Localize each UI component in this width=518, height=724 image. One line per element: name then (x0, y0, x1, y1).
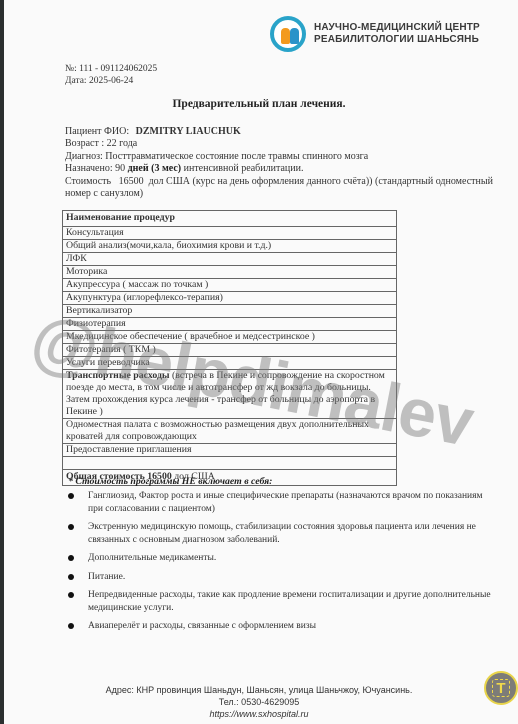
table-cell: Моторика (63, 266, 397, 279)
table-row: Моторика (63, 266, 397, 279)
clinic-name-line2: РЕАБИЛИТОЛОГИИ ШАНЬСЯНЬ (314, 34, 480, 46)
diagnosis-label: Диагноз: (65, 151, 103, 162)
list-item-text: Ганглиозид, Фактор роста и иные специфич… (88, 491, 483, 514)
bullet-icon (68, 592, 74, 598)
table-cell (63, 457, 397, 470)
patient-name-line: Пациент ФИО: DZMITRY LIAUCHUK (65, 126, 505, 138)
clinic-name-line1: НАУЧНО-МЕДИЦИНСКИЙ ЦЕНТР (314, 22, 480, 34)
table-row-empty (63, 457, 397, 470)
assigned-rest: интенсивной реабилитации. (184, 163, 304, 174)
list-item: Непредвиденные расходы, такие как продле… (68, 589, 498, 614)
table-row: Физиотерапия (63, 318, 397, 331)
document-date: Дата: 2025-06-24 (65, 75, 157, 87)
document-title: Предварительный план лечения. (0, 98, 518, 110)
table-cell: Фитотерапия ( ТКМ ) (63, 344, 397, 357)
footer: Адрес: КНР провинция Шаньдун, Шаньсян, у… (0, 684, 518, 720)
document-meta: №: 111 - 091124062025 Дата: 2025-06-24 (65, 63, 157, 87)
table-cell: Услуги переводчика (63, 357, 397, 370)
clinic-logo-children-icon (270, 16, 306, 52)
list-item-text: Авиаперелёт и расходы, связанные с оформ… (88, 621, 316, 631)
footer-phone: Тел.: 0530-4629095 (0, 696, 518, 708)
patient-diagnosis-line: Диагноз: Посттравматическое состояние по… (65, 151, 505, 163)
table-cell: Одноместная палата с возможностью размещ… (63, 419, 397, 444)
list-item: Авиаперелёт и расходы, связанные с оформ… (68, 620, 498, 633)
cost-value: 16500 (119, 176, 144, 187)
assigned-days: 90 (115, 163, 125, 174)
translate-text-icon (492, 679, 510, 697)
logo-figure-blue (290, 28, 299, 44)
table-header: Наименование процедур (63, 211, 397, 227)
bullet-icon (68, 574, 74, 580)
list-item: Дополнительные медикаменты. (68, 552, 498, 565)
procedures-table: Наименование процедур КонсультацияОбщий … (62, 210, 397, 486)
table-cell: Физиотерапия (63, 318, 397, 331)
footer-url[interactable]: https://www.sxhospital.ru (0, 708, 518, 720)
table-row: ЛФК (63, 253, 397, 266)
clinic-name: НАУЧНО-МЕДИЦИНСКИЙ ЦЕНТР РЕАБИЛИТОЛОГИИ … (314, 22, 480, 46)
table-row: Вертикализатор (63, 305, 397, 318)
table-row-invitation: Предоставление приглашения (63, 444, 397, 457)
table-cell: ЛФК (63, 253, 397, 266)
table-row-transport: Транспортные расходы (встреча в Пекине и… (63, 370, 397, 419)
patient-age-label: Возраст : (65, 138, 104, 149)
diagnosis-value: Посттравматическое состояние после травм… (105, 151, 368, 162)
patient-name-label: Пациент ФИО: (65, 126, 129, 137)
assigned-duration: дней (3 мес) (128, 163, 182, 174)
footer-address: Адрес: КНР провинция Шаньдун, Шаньсян, у… (0, 684, 518, 696)
translate-button[interactable]: T (484, 671, 518, 705)
list-item-text: Питание. (88, 572, 125, 582)
cost-line: Стоимость 16500 дол США (курс на день оф… (65, 176, 505, 201)
table-row: Акупрессура ( массаж по точкам ) (63, 279, 397, 292)
cost-label: Стоимость (65, 176, 111, 187)
table-header-row: Наименование процедур (63, 211, 397, 227)
transport-label: Транспортные расходы (66, 370, 170, 381)
list-item-text: Экстренную медицинскую помощь, стабилиза… (88, 522, 476, 545)
patient-age-line: Возраст : 22 года (65, 138, 505, 150)
list-item: Ганглиозид, Фактор роста и иные специфич… (68, 490, 498, 515)
exclusions-list: Ганглиозид, Фактор роста и иные специфич… (68, 490, 498, 639)
table-cell: Предоставление приглашения (63, 444, 397, 457)
table-cell: Мкедицинское обеспечение ( врачебное и м… (63, 331, 397, 344)
table-cell: Акупунктура (иглорефлексо-терапия) (63, 292, 397, 305)
table-cell: Акупрессура ( массаж по точкам ) (63, 279, 397, 292)
table-row: Акупунктура (иглорефлексо-терапия) (63, 292, 397, 305)
bullet-icon (68, 555, 74, 561)
table-row: Консультация (63, 227, 397, 240)
table-cell: Вертикализатор (63, 305, 397, 318)
table-row-room: Одноместная палата с возможностью размещ… (63, 419, 397, 444)
table-row: Фитотерапия ( ТКМ ) (63, 344, 397, 357)
clinic-header: НАУЧНО-МЕДИЦИНСКИЙ ЦЕНТР РЕАБИЛИТОЛОГИИ … (270, 16, 510, 56)
table-cell: Транспортные расходы (встреча в Пекине и… (63, 370, 397, 419)
exclusions-title: * Стоимость программы НЕ включает в себя… (68, 476, 272, 487)
table-row: Общий анализ(мочи,кала, биохимия крови и… (63, 240, 397, 253)
table-row: Услуги переводчика (63, 357, 397, 370)
patient-age: 22 года (107, 138, 138, 149)
patient-name: DZMITRY LIAUCHUK (136, 126, 241, 137)
document-number: №: 111 - 091124062025 (65, 63, 157, 75)
list-item-text: Дополнительные медикаменты. (88, 553, 216, 563)
bullet-icon (68, 493, 74, 499)
list-item: Экстренную медицинскую помощь, стабилиза… (68, 521, 498, 546)
bullet-icon (68, 524, 74, 530)
patient-info: Пациент ФИО: DZMITRY LIAUCHUK Возраст : … (65, 126, 505, 200)
list-item: Питание. (68, 571, 498, 584)
list-item-text: Непредвиденные расходы, такие как продле… (88, 590, 491, 613)
table-row: Мкедицинское обеспечение ( врачебное и м… (63, 331, 397, 344)
logo-figure-orange (281, 28, 290, 44)
assigned-label: Назначено: (65, 163, 113, 174)
assigned-line: Назначено: 90 дней (3 мес) интенсивной р… (65, 163, 505, 175)
table-cell: Консультация (63, 227, 397, 240)
bullet-icon (68, 623, 74, 629)
table-cell: Общий анализ(мочи,кала, биохимия крови и… (63, 240, 397, 253)
